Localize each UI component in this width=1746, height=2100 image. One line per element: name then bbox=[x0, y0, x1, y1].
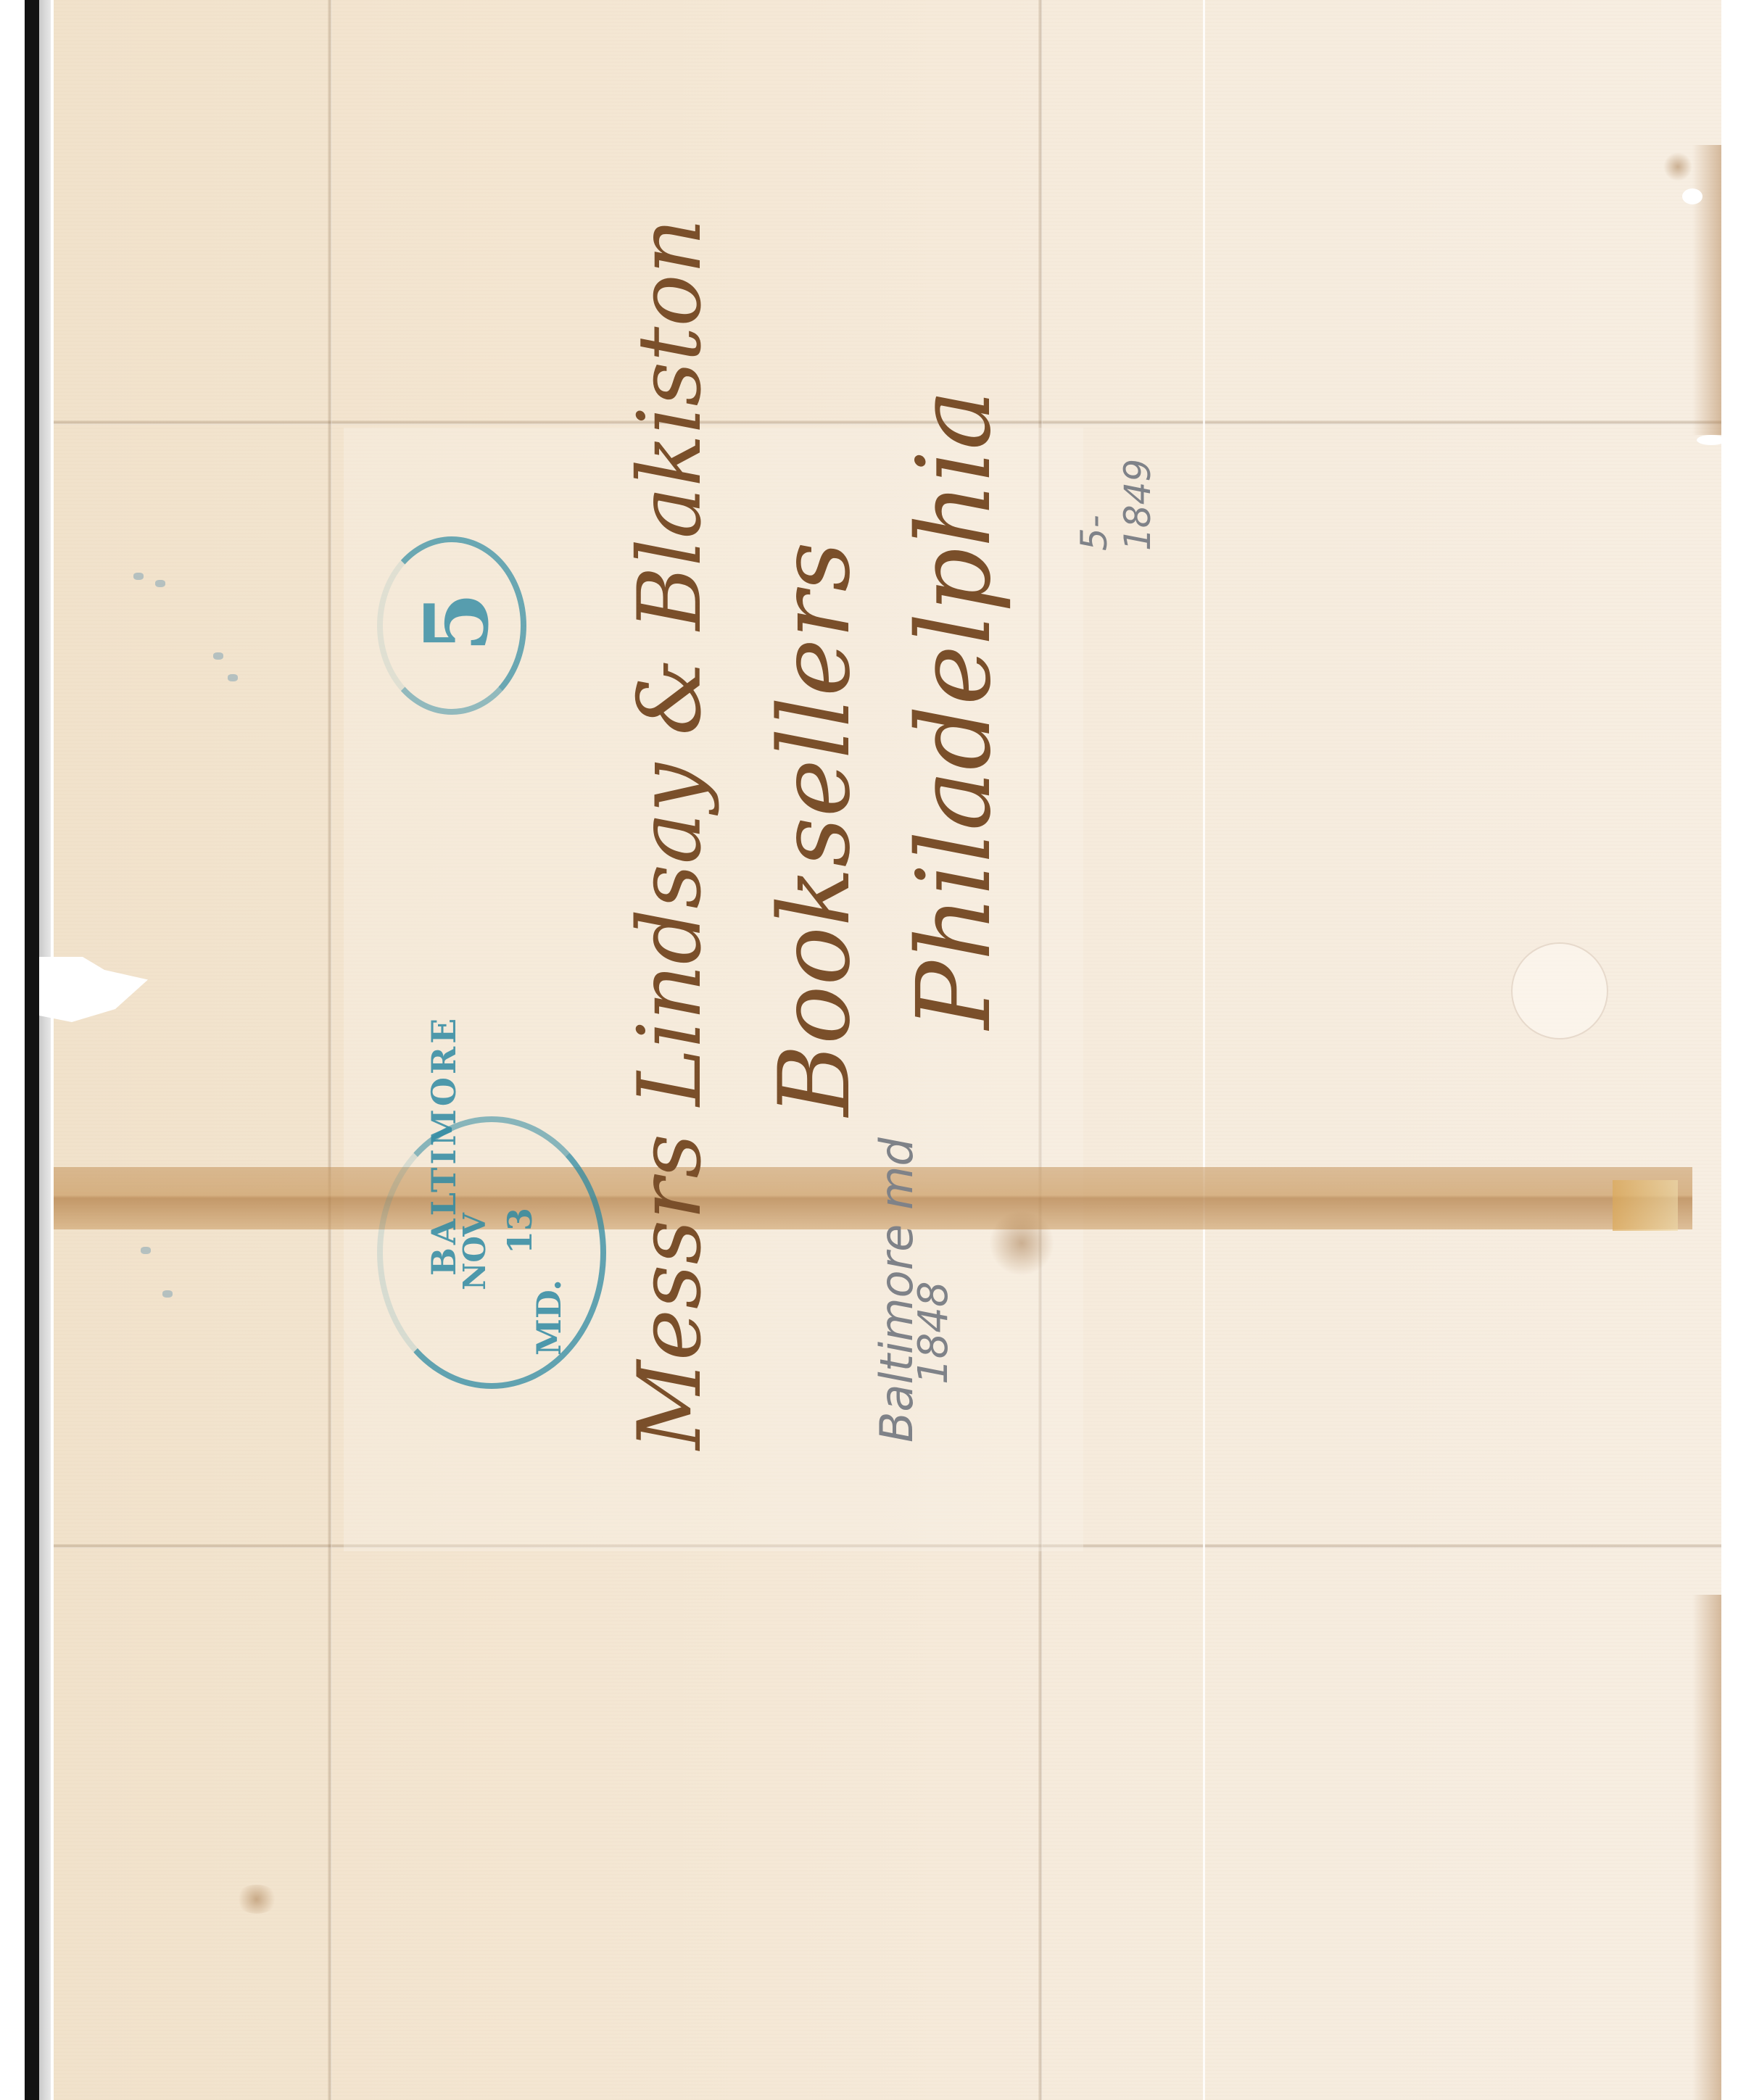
foxing-spot bbox=[1663, 152, 1692, 181]
postmark-month: NOV bbox=[457, 1213, 492, 1290]
ink-offset-mark bbox=[155, 580, 165, 587]
wax-seal-remnant bbox=[1511, 942, 1608, 1039]
pencil-docket-rate: 5- bbox=[1073, 515, 1115, 551]
ink-offset-mark bbox=[133, 573, 144, 580]
postmark-state: MD. bbox=[529, 1279, 568, 1356]
edge-stain bbox=[1692, 1595, 1721, 2100]
edge-notch bbox=[1697, 435, 1726, 445]
fold-line-vertical-left bbox=[328, 0, 332, 2100]
letter-sheet bbox=[54, 0, 1721, 2100]
pencil-docket-year: 1849 bbox=[1117, 459, 1159, 551]
postmark-day: 13 bbox=[500, 1208, 539, 1254]
scan-border bbox=[25, 0, 39, 2100]
sheet-edge-line bbox=[1203, 0, 1205, 2100]
tape-residue-stain bbox=[989, 1211, 1054, 1276]
address-occupation: Booksellers bbox=[758, 541, 872, 1116]
rate-handstamp-value: 5 bbox=[406, 592, 508, 653]
edge-hole bbox=[1682, 188, 1702, 204]
ink-offset-mark bbox=[141, 1247, 151, 1254]
repair-tape-end bbox=[1613, 1180, 1678, 1231]
edge-stain bbox=[1692, 145, 1721, 435]
fold-line-horizontal-top bbox=[54, 420, 1721, 425]
foxing-spot bbox=[235, 1885, 278, 1914]
ink-offset-mark bbox=[213, 652, 223, 660]
pencil-note-year: 1848 bbox=[910, 1281, 957, 1385]
address-addressee: Messrs Lindsay & Blakiston bbox=[620, 218, 721, 1450]
ink-offset-mark bbox=[228, 674, 238, 681]
ink-offset-mark bbox=[162, 1290, 173, 1298]
address-city: Philadelphia bbox=[895, 389, 1014, 1029]
